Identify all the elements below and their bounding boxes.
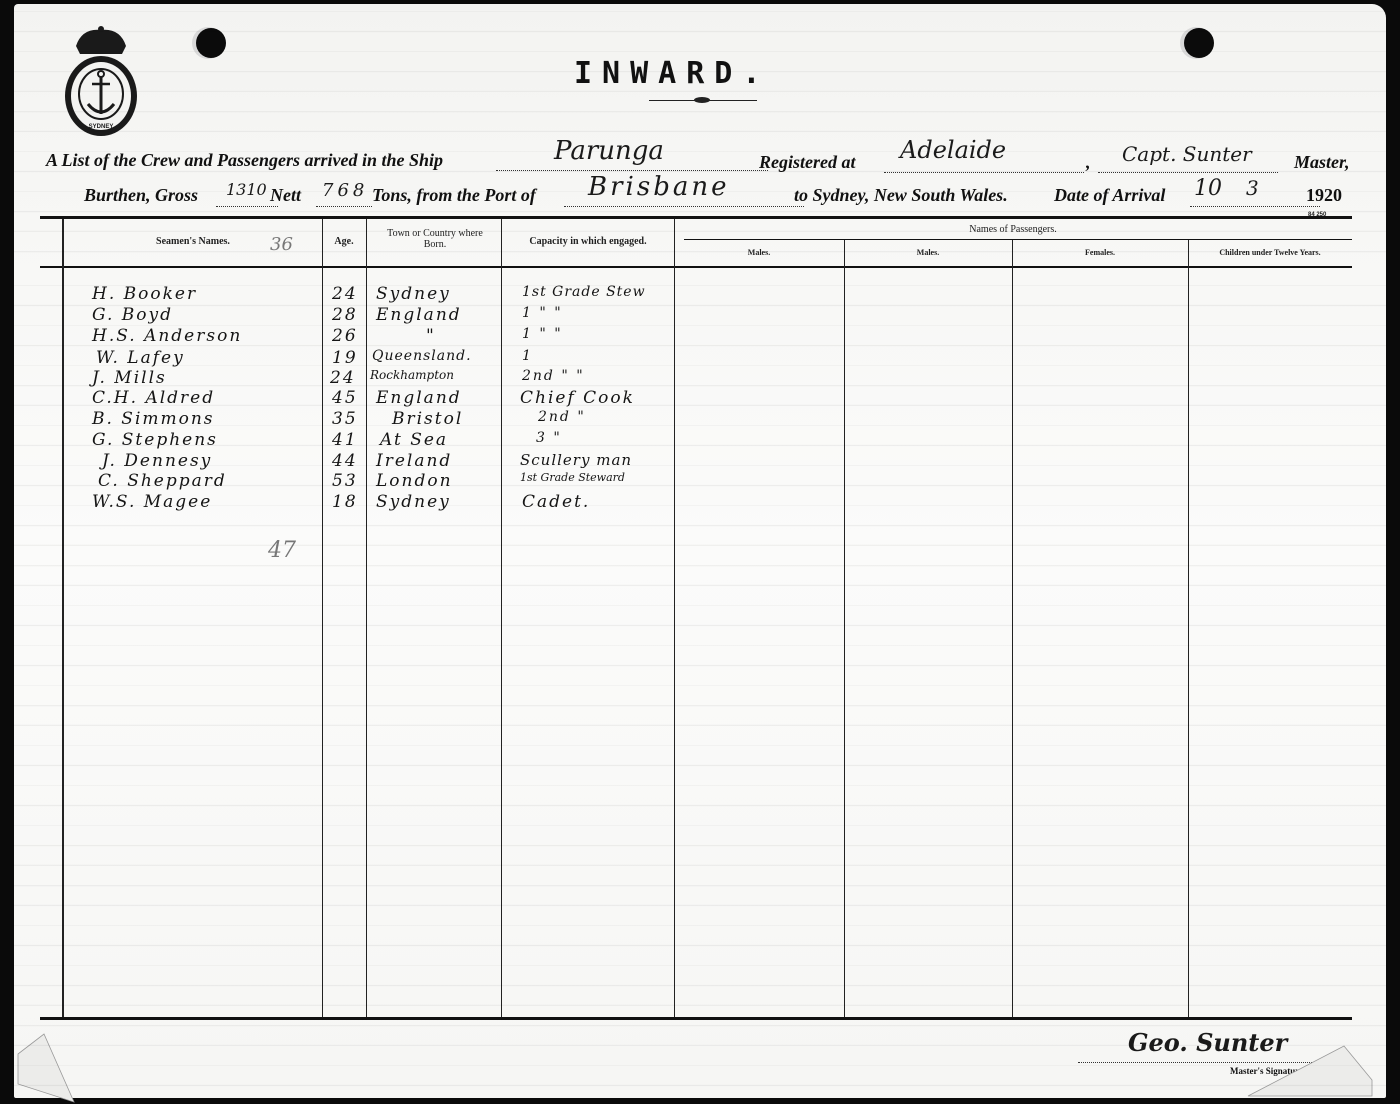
crew-count-annotation: 36 <box>270 234 293 255</box>
seaman-capacity: 1 " " <box>522 305 563 321</box>
seaman-age: 24 <box>330 368 356 388</box>
seaman-born: At Sea <box>380 430 448 450</box>
arrival-day-value: 10 <box>1194 176 1222 201</box>
arrival-label: Date of Arrival <box>1054 185 1165 206</box>
master-name-value: Capt. Sunter <box>1122 142 1252 166</box>
seaman-name: H. Booker <box>92 284 197 304</box>
title-ornament <box>694 97 710 103</box>
col-divider-names <box>322 219 323 1017</box>
header-town: Town or Country where Born. <box>376 228 494 250</box>
master-label: Master, <box>1294 152 1350 173</box>
seaman-born: England <box>376 388 462 408</box>
gross-value: 1310 <box>226 180 267 199</box>
margin-annotation: 47 <box>268 538 296 563</box>
header-males-2: Males. <box>844 248 1012 257</box>
burthen-label: Burthen, Gross <box>84 185 198 206</box>
table-top-rule <box>40 216 1352 219</box>
seaman-name: C.H. Aldred <box>92 388 215 408</box>
manifest-page: SYDNEY INWARD. A List of the Crew and Pa… <box>14 4 1386 1098</box>
seaman-capacity: 2nd " <box>538 409 586 425</box>
seaman-born: Ireland <box>376 451 452 471</box>
seaman-name: J. Dennesy <box>102 451 212 471</box>
col-divider-males-2 <box>1012 240 1013 1017</box>
header-children: Children under Twelve Years. <box>1188 248 1352 257</box>
table-bottom-rule <box>40 1017 1352 1020</box>
seaman-born: London <box>376 471 453 491</box>
arrival-year-value: 1920 <box>1306 185 1342 206</box>
passenger-subheader-rule <box>684 239 1352 240</box>
seaman-born: Sydney <box>376 492 451 512</box>
destination-text: to Sydney, New South Wales. <box>794 185 1008 206</box>
arrival-month-value: 3 <box>1246 176 1259 200</box>
seaman-name: C. Sheppard <box>98 471 227 491</box>
seaman-born: Sydney <box>376 284 451 304</box>
ship-name-value: Parunga <box>554 136 664 166</box>
nett-label: Nett <box>270 185 301 206</box>
col-divider-males-1 <box>844 240 845 1017</box>
seaman-age: 45 <box>332 388 358 408</box>
folded-corner-right-icon <box>1244 1034 1384 1098</box>
col-divider-left <box>62 219 64 1017</box>
header-females: Females. <box>1012 248 1188 257</box>
seaman-born: Queensland. <box>372 348 472 364</box>
seaman-age: 24 <box>332 284 358 304</box>
seaman-born: Rockhampton <box>370 368 454 382</box>
seaman-age: 18 <box>332 492 358 512</box>
col-divider-age <box>366 219 367 1017</box>
seaman-age: 44 <box>332 451 358 471</box>
seaman-capacity: 1 <box>522 348 533 364</box>
seaman-capacity: Cadet. <box>522 492 590 512</box>
seaman-capacity: 3 " <box>536 430 562 446</box>
port-value: Brisbane <box>588 172 729 202</box>
seaman-age: 53 <box>332 471 358 491</box>
header-passengers: Names of Passengers. <box>674 224 1352 235</box>
seaman-capacity: Scullery man <box>520 451 632 469</box>
seaman-age: 35 <box>332 409 358 429</box>
header-capacity: Capacity in which engaged. <box>502 236 674 247</box>
seaman-name: B. Simmons <box>92 409 215 429</box>
seaman-name: W.S. Magee <box>92 492 212 512</box>
header-list-text: A List of the Crew and Passengers arrive… <box>46 150 443 171</box>
svg-text:SYDNEY: SYDNEY <box>89 124 114 130</box>
seaman-age: 28 <box>332 305 358 325</box>
folded-corner-left-icon <box>14 1024 84 1104</box>
seaman-capacity: Chief Cook <box>520 388 635 408</box>
col-divider-females <box>1188 240 1189 1017</box>
punch-hole-right <box>1184 28 1214 58</box>
header-males-1: Males. <box>674 248 844 257</box>
nett-value: 768 <box>322 180 368 201</box>
seaman-capacity: 1 " " <box>522 326 563 342</box>
seaman-age: 26 <box>332 326 358 346</box>
seaman-name: J. Mills <box>92 368 167 388</box>
header-age: Age. <box>322 236 366 247</box>
shipping-masters-crest-icon: SYDNEY <box>62 24 140 136</box>
registered-label: Registered at <box>759 152 856 173</box>
registered-at-value: Adelaide <box>900 136 1006 164</box>
seaman-name: H.S. Anderson <box>92 326 242 346</box>
seaman-born: " <box>426 326 436 346</box>
punch-hole-left <box>196 28 226 58</box>
col-divider-capacity <box>674 219 675 1017</box>
seaman-capacity: 1st Grade Stew <box>522 284 646 300</box>
seaman-age: 19 <box>332 348 358 368</box>
seaman-name: W. Lafey <box>96 348 185 368</box>
seaman-capacity: 2nd " " <box>522 368 585 384</box>
seaman-born: Bristol <box>392 409 463 429</box>
form-title: INWARD. <box>574 56 770 91</box>
comma: , <box>1086 152 1091 173</box>
seaman-name: G. Boyd <box>92 305 173 325</box>
tons-port-label: Tons, from the Port of <box>372 185 536 206</box>
col-divider-town <box>501 219 502 1017</box>
seaman-capacity: 1st Grade Steward <box>520 471 625 484</box>
table-header-bottom-rule <box>40 266 1352 268</box>
seaman-age: 41 <box>332 430 358 450</box>
seaman-born: England <box>376 305 462 325</box>
seaman-name: G. Stephens <box>92 430 218 450</box>
